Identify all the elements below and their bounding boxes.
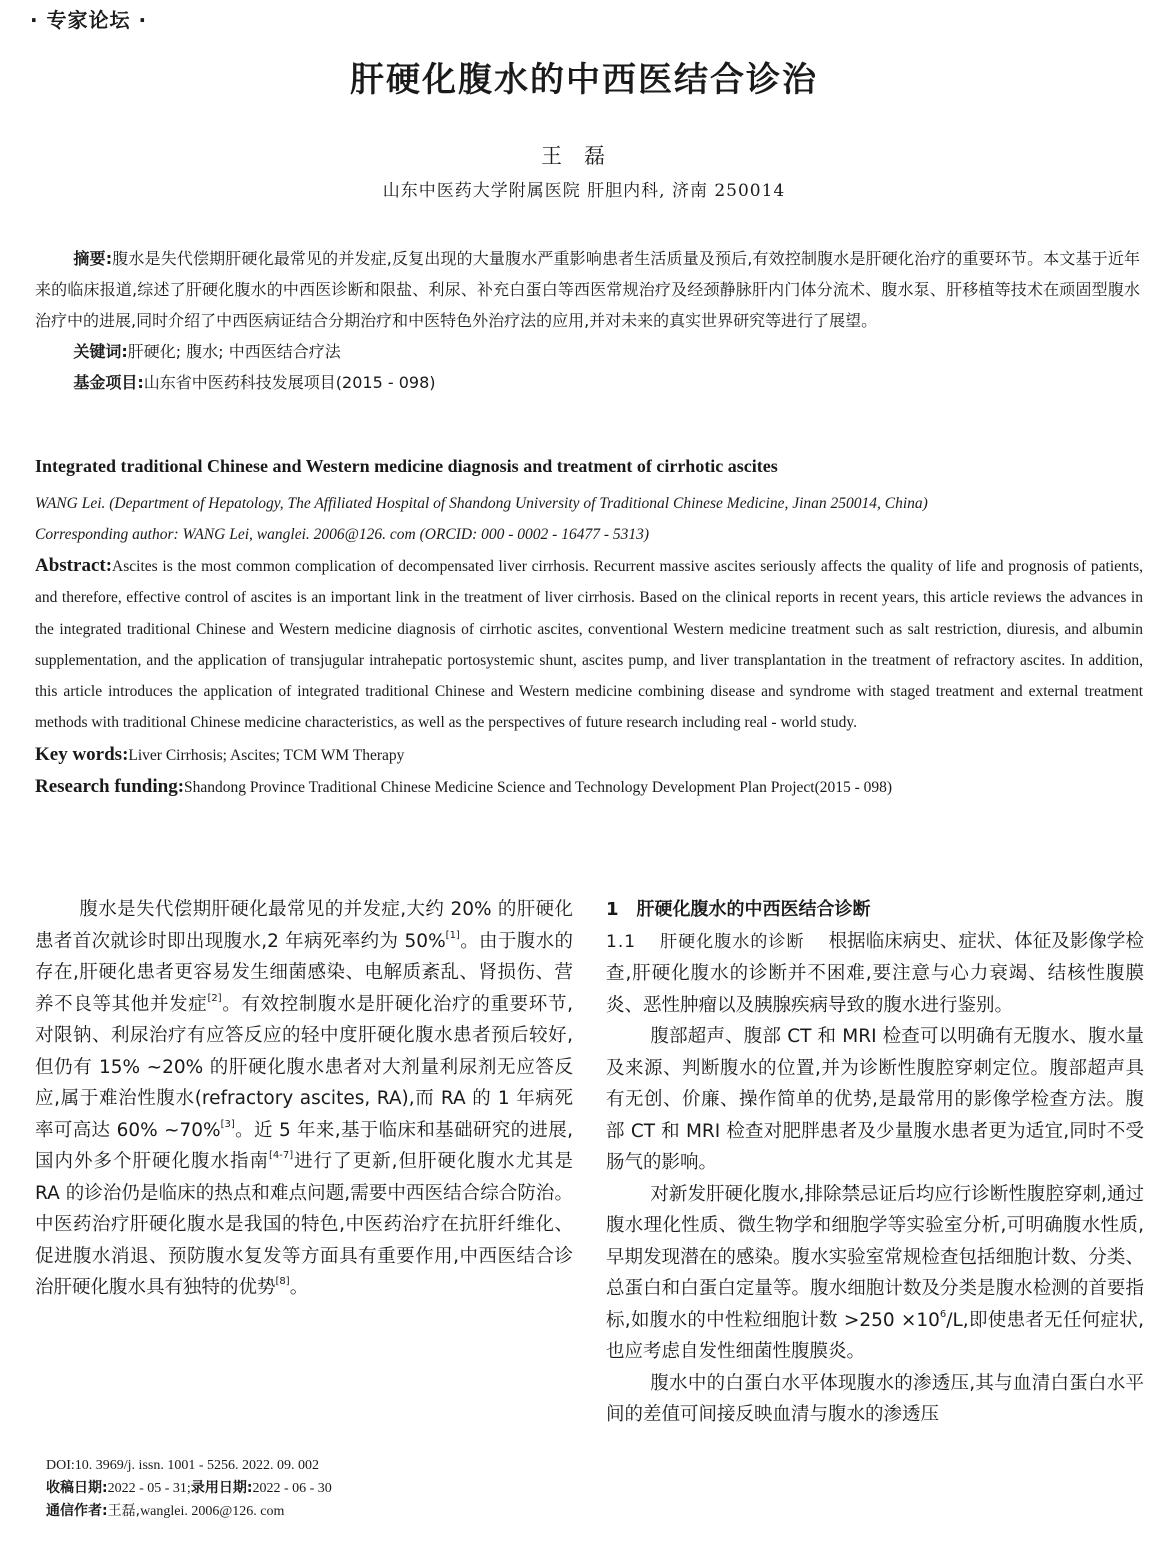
citation-4-7[interactable]: [4-7] — [269, 1150, 293, 1161]
footnote: DOI:10. 3969/j. issn. 1001 - 5256. 2022.… — [46, 1454, 332, 1523]
english-abstract-block: Abstract:Ascites is the most common comp… — [35, 550, 1143, 803]
en-keywords-label: Key words: — [35, 744, 128, 765]
imaging-paragraph: 腹部超声、腹部 CT 和 MRI 检查可以明确有无腹水、腹水量及来源、判断腹水的… — [606, 1021, 1144, 1179]
intro-text-f: 。 — [290, 1277, 309, 1298]
corr-email[interactable]: wanglei. 2006@126. com — [140, 1504, 284, 1519]
received-date: 2022 - 05 - 31; — [108, 1481, 191, 1496]
english-title: Integrated traditional Chinese and Weste… — [35, 456, 778, 477]
section-tag: · 专家论坛 · — [30, 4, 147, 33]
subsection-title: 肝硬化腹水的诊断 — [660, 932, 805, 952]
cn-funding-label: 基金项目: — [73, 373, 143, 392]
accepted-label: 录用日期: — [191, 1480, 253, 1496]
subsection-1-1: 1.1肝硬化腹水的诊断根据临床病史、症状、体征及影像学检查,肝硬化腹水的诊断并不… — [606, 926, 1144, 1022]
corresponding-author: Corresponding author: WANG Lei, wanglei.… — [35, 519, 1145, 550]
cn-funding-text: 山东省中医药科技发展项目(2015 - 098) — [144, 373, 436, 392]
cn-keywords: 关键词:肝硬化; 腹水; 中西医结合疗法 — [35, 336, 1140, 367]
en-funding: Research funding:Shandong Province Tradi… — [35, 771, 1143, 803]
subsection-number: 1.1 — [606, 932, 636, 952]
article-title: 肝硬化腹水的中西医结合诊治 — [0, 52, 1168, 101]
intro-paragraph: 腹水是失代偿期肝硬化最常见的并发症,大约 20% 的肝硬化患者首次就诊时即出现腹… — [35, 894, 573, 1304]
left-column: 腹水是失代偿期肝硬化最常见的并发症,大约 20% 的肝硬化患者首次就诊时即出现腹… — [35, 894, 573, 1304]
author-name: 王磊 — [0, 140, 1168, 170]
corresponding-footnote: 通信作者:王磊,wanglei. 2006@126. com — [46, 1500, 332, 1523]
dates: 收稿日期:2022 - 05 - 31;录用日期:2022 - 06 - 30 — [46, 1477, 332, 1500]
intro-text-c: 。有效控制腹水是肝硬化治疗的重要环节,对限钠、利尿治疗有应答反应的轻中度肝硬化腹… — [35, 994, 573, 1141]
subsection-heading: 1.1肝硬化腹水的诊断 — [606, 932, 829, 952]
section-heading-1: 1 肝硬化腹水的中西医结合诊断 — [606, 894, 1144, 926]
english-author-block: WANG Lei. (Department of Hepatology, The… — [35, 488, 1145, 550]
en-keywords: Key words:Liver Cirrhosis; Ascites; TCM … — [35, 739, 1143, 771]
corr-label: 通信作者: — [46, 1503, 108, 1519]
citation-8[interactable]: [8] — [276, 1276, 290, 1287]
cn-keywords-text: 肝硬化; 腹水; 中西医结合疗法 — [128, 342, 341, 361]
paracentesis-paragraph: 对新发肝硬化腹水,排除禁忌证后均应行诊断性腹腔穿刺,通过腹水理化性质、微生物学和… — [606, 1179, 1144, 1368]
citation-3[interactable]: [3] — [221, 1119, 235, 1130]
corr-name: 王磊, — [108, 1503, 140, 1519]
cn-keywords-label: 关键词: — [73, 342, 127, 361]
en-keywords-text: Liver Cirrhosis; Ascites; TCM WM Therapy — [128, 747, 404, 764]
citation-2[interactable]: [2] — [207, 993, 221, 1004]
cn-abstract-label: 摘要: — [73, 249, 112, 268]
en-funding-label: Research funding: — [35, 776, 184, 797]
paracentesis-text-a: 对新发肝硬化腹水,排除禁忌证后均应行诊断性腹腔穿刺,通过腹水理化性质、微生物学和… — [606, 1184, 1144, 1331]
cn-abstract-text: 腹水是失代偿期肝硬化最常见的并发症,反复出现的大量腹水严重影响患者生活质量及预后… — [35, 249, 1140, 330]
citation-1[interactable]: [1] — [446, 930, 460, 941]
chinese-abstract-block: 摘要:腹水是失代偿期肝硬化最常见的并发症,反复出现的大量腹水严重影响患者生活质量… — [35, 243, 1140, 398]
cn-funding: 基金项目:山东省中医药科技发展项目(2015 - 098) — [35, 367, 1140, 398]
en-abstract: Abstract:Ascites is the most common comp… — [35, 550, 1143, 739]
cn-abstract: 摘要:腹水是失代偿期肝硬化最常见的并发症,反复出现的大量腹水严重影响患者生活质量… — [35, 243, 1140, 336]
en-funding-text: Shandong Province Traditional Chinese Me… — [184, 779, 892, 796]
doi[interactable]: DOI:10. 3969/j. issn. 1001 - 5256. 2022.… — [46, 1454, 332, 1477]
en-abstract-text: Ascites is the most common complication … — [35, 558, 1143, 731]
affiliation: 山东中医药大学附属医院 肝胆内科, 济南 250014 — [0, 176, 1168, 201]
en-abstract-label: Abstract: — [35, 555, 112, 576]
english-author-affiliation: WANG Lei. (Department of Hepatology, The… — [35, 488, 1145, 519]
albumin-paragraph: 腹水中的白蛋白水平体现腹水的渗透压,其与血清白蛋白水平间的差值可间接反映血清与腹… — [606, 1368, 1144, 1431]
accepted-date: 2022 - 06 - 30 — [252, 1481, 331, 1496]
right-column: 1 肝硬化腹水的中西医结合诊断 1.1肝硬化腹水的诊断根据临床病史、症状、体征及… — [606, 894, 1144, 1431]
received-label: 收稿日期: — [46, 1480, 108, 1496]
intro-text-e: 进行了更新,但肝硬化腹水尤其是 RA 的诊治仍是临床的热点和难点问题,需要中西医… — [35, 1151, 573, 1298]
